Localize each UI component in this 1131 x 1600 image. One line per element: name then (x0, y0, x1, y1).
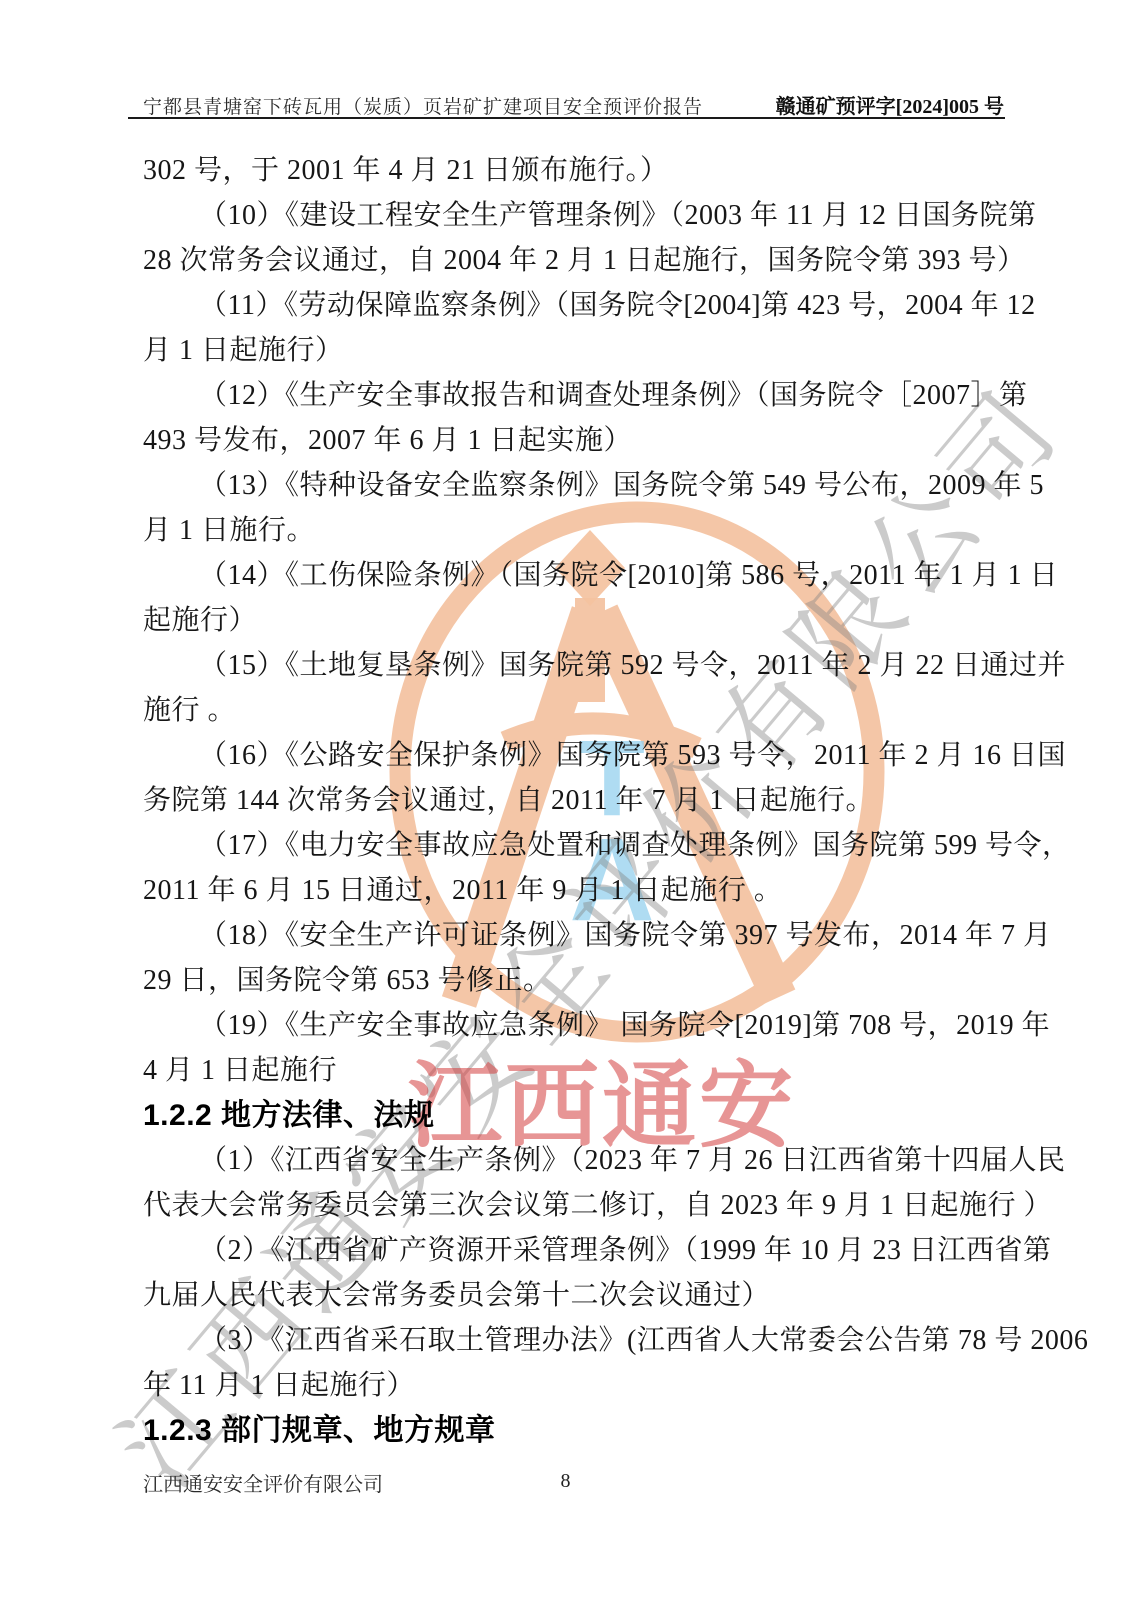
section-heading: 1.2.3 部门规章、地方规章 (143, 1408, 1004, 1453)
paragraph-line: 九届人民代表大会常务委员会第十二次会议通过） (143, 1273, 1004, 1318)
paragraph-line: 代表大会常务委员会第三次会议第二修订，自 2023 年 9 月 1 日起施行 ） (143, 1183, 1004, 1228)
paragraph-line: （17）《电力安全事故应急处置和调查处理条例》国务院第 599 号令， (143, 823, 1004, 868)
paragraph-line: （12）《生产安全事故报告和调查处理条例》（国务院令［2007］第 (143, 373, 1004, 418)
paragraph-line: （14）《工伤保险条例》（国务院令[2010]第 586 号，2011 年 1 … (143, 553, 1004, 598)
paragraph-line: 493 号发布，2007 年 6 月 1 日起实施） (143, 418, 1004, 463)
paragraph-line: 务院第 144 次常务会议通过，自 2011 年 7 月 1 日起施行。 (143, 778, 1004, 823)
paragraph-line: 29 日，国务院令第 653 号修正。 (143, 958, 1004, 1003)
paragraph-line: （13）《特种设备安全监察条例》国务院令第 549 号公布，2009 年 5 (143, 463, 1004, 508)
header-rule (128, 117, 1005, 119)
paragraph-line: （15）《土地复垦条例》国务院第 592 号令，2011 年 2 月 22 日通… (143, 643, 1004, 688)
page-footer: 江西通安安全评价有限公司 8 (0, 1468, 1131, 1508)
header-report-title: 宁都县青塘窑下砖瓦用（炭质）页岩矿扩建项目安全预评价报告 (143, 92, 703, 119)
paragraph-line: 年 11 月 1 日起施行） (143, 1363, 1004, 1408)
paragraph-line: （19）《生产安全事故应急条例》 国务院令[2019]第 708 号，2019 … (143, 1003, 1004, 1048)
paragraph-line: （1）《江西省安全生产条例》（2023 年 7 月 26 日江西省第十四届人民 (143, 1138, 1004, 1183)
paragraph-line: 4 月 1 日起施行 (143, 1048, 1004, 1093)
document-page: T A 江西通安安全评价有限公司 江西通安 宁都县青塘窑下砖瓦用（炭质）页岩矿扩… (0, 0, 1131, 1600)
paragraph-line: （16）《公路安全保护条例》国务院第 593 号令，2011 年 2 月 16 … (143, 733, 1004, 778)
paragraph-line: 302 号，于 2001 年 4 月 21 日颁布施行。） (143, 148, 1004, 193)
header-document-code: 赣通矿预评字[2024]005 号 (776, 90, 1004, 119)
paragraph-line: 月 1 日起施行） (143, 328, 1004, 373)
page-number: 8 (0, 1470, 1131, 1493)
paragraph-line: （3）《江西省采石取土管理办法》(江西省人大常委会公告第 78 号 2006 (143, 1318, 1004, 1363)
paragraph-line: （10）《建设工程安全生产管理条例》（2003 年 11 月 12 日国务院第 (143, 193, 1004, 238)
paragraph-line: 2011 年 6 月 15 日通过，2011 年 9 月 1 日起施行 。 (143, 868, 1004, 913)
paragraph-line: 起施行） (143, 598, 1004, 643)
section-heading: 1.2.2 地方法律、法规 (143, 1093, 1004, 1138)
paragraph-line: （18）《安全生产许可证条例》国务院令第 397 号发布，2014 年 7 月 (143, 913, 1004, 958)
paragraph-line: （2）《江西省矿产资源开采管理条例》（1999 年 10 月 23 日江西省第 (143, 1228, 1004, 1273)
paragraph-line: （11）《劳动保障监察条例》（国务院令[2004]第 423 号，2004 年 … (143, 283, 1004, 328)
paragraph-line: 施行 。 (143, 688, 1004, 733)
paragraph-line: 28 次常务会议通过，自 2004 年 2 月 1 日起施行，国务院令第 393… (143, 238, 1004, 283)
document-body: 302 号，于 2001 年 4 月 21 日颁布施行。）（10）《建设工程安全… (143, 148, 1004, 1453)
paragraph-line: 月 1 日施行。 (143, 508, 1004, 553)
